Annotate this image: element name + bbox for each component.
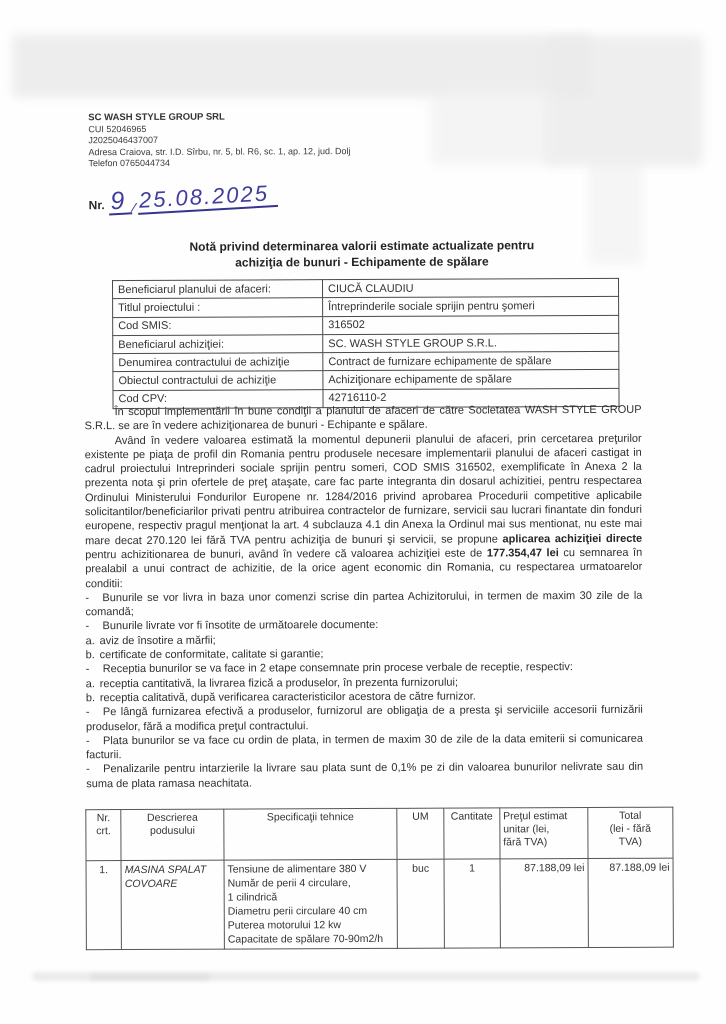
header-specs: Specificaţii tehnice xyxy=(224,808,397,860)
spec-line: Diametru perii circulare 40 cm xyxy=(228,904,394,919)
info-row: Titlul proiectului : Întreprinderile soc… xyxy=(113,297,619,318)
info-row: Beneficiarul planului de afaceri: CIUCĂ … xyxy=(112,278,618,299)
item-unit-price: 87.188,09 lei xyxy=(500,859,588,948)
scanned-document-page: SC WASH STYLE GROUP SRL CUI 52046965 J20… xyxy=(0,0,726,1024)
company-phone: Telefon 0765044734 xyxy=(88,157,350,170)
info-label: Denumirea contractului de achiziţie xyxy=(113,353,323,372)
para2-seg1: Având în vedere valoarea estimată la mom… xyxy=(85,432,642,547)
condition-item: -Bunurile se vor livra in baza unor come… xyxy=(85,589,642,620)
info-row: Cod SMIS: 316502 xyxy=(113,315,619,336)
spec-line: 1 cilindrică xyxy=(228,890,394,905)
body-text: În scopul implementării în bune condiţii… xyxy=(85,403,644,791)
header-quantity: Cantitate xyxy=(444,808,500,859)
item-specs: Tensiune de alimentare 380 V Număr de pe… xyxy=(224,859,398,949)
item-um: buc xyxy=(397,859,444,948)
handwritten-date: 25.08.2025 xyxy=(137,181,278,215)
item-total: 87.188,09 lei xyxy=(588,858,674,947)
info-label: Titlul proiectului : xyxy=(113,298,323,317)
paragraph-estimate: Având în vedere valoarea estimată la mom… xyxy=(85,431,643,591)
info-value: SC. WASH STYLE GROUP S.R.L. xyxy=(323,333,619,353)
info-value: Contract de furnizare echipamente de spă… xyxy=(323,352,619,372)
item-name: MASINA SPALAT COVOARE xyxy=(121,860,224,949)
title-line-2: achiziţia de bunuri - Echipamente de spă… xyxy=(0,252,725,271)
header-description: Descrierea podusului xyxy=(121,809,224,860)
handwritten-number-date: 9/25.08.2025 xyxy=(108,180,278,217)
info-label: Cod SMIS: xyxy=(113,316,323,335)
spec-line: Capacitate de spălare 70-90m2/h xyxy=(228,932,394,947)
spec-line: Puterea motorului 12 kw xyxy=(228,918,394,933)
para2-bold-value: 177.354,47 lei xyxy=(487,547,559,559)
document-number-line: Nr. 9/25.08.2025 xyxy=(89,188,278,216)
item-row: 1. MASINA SPALAT COVOARE Tensiune de ali… xyxy=(86,858,673,950)
info-table: Beneficiarul planului de afaceri: CIUCĂ … xyxy=(112,278,620,409)
number-label: Nr. xyxy=(89,198,105,212)
items-header-row: Nr. crt. Descrierea podusului Specificaţ… xyxy=(86,807,673,861)
spec-line: Număr de perii 4 circulare, xyxy=(228,876,394,891)
info-row: Denumirea contractului de achiziţie Cont… xyxy=(113,352,619,373)
info-label: Obiectul contractului de achiziţie xyxy=(113,371,323,390)
para2-bold-direct-acquisition: aplicarea achiziţiei directe xyxy=(502,532,642,545)
handwritten-number: 9 xyxy=(108,188,132,215)
header-total: Total (lei - fără TVA) xyxy=(588,807,673,858)
condition-item: -Penalizarile pentru intarzierile la liv… xyxy=(86,760,643,791)
info-row: Beneficiarul achiziţiei: SC. WASH STYLE … xyxy=(113,333,619,354)
info-value: CIUCĂ CLAUDIU xyxy=(322,278,618,298)
items-table: Nr. crt. Descrierea podusului Specificaţ… xyxy=(85,807,674,951)
para2-seg2: pentru achizitionarea de bunuri, având î… xyxy=(85,547,487,561)
spec-line: Tensiune de alimentare 380 V xyxy=(227,862,393,877)
letterhead: SC WASH STYLE GROUP SRL CUI 52046965 J20… xyxy=(88,111,350,170)
condition-item: -Receptia bunurilor se va face in 2 etap… xyxy=(86,660,643,677)
document-title: Notă privind determinarea valorii estima… xyxy=(0,236,725,271)
header-um: UM xyxy=(397,808,444,859)
info-label: Beneficiarul achiziţiei: xyxy=(113,335,323,354)
condition-item: -Plata bunurilor se va face cu ordin de … xyxy=(86,732,643,763)
item-quantity: 1 xyxy=(444,859,500,948)
condition-item: -Pe lângă furnizarea efectivă a produsel… xyxy=(86,703,643,734)
info-value: Achiziţionare echipamente de spălare xyxy=(323,370,619,390)
item-nr: 1. xyxy=(86,861,122,950)
company-address: Adresa Craiova, str. I.D. Sîrbu, nr. 5, … xyxy=(88,146,350,159)
document-content: SC WASH STYLE GROUP SRL CUI 52046965 J20… xyxy=(0,0,726,1024)
paragraph-scope: În scopul implementării în bune condiţii… xyxy=(85,403,642,434)
header-nr-crt: Nr. crt. xyxy=(86,810,121,861)
info-value: Întreprinderile sociale sprijin pentru ş… xyxy=(323,297,619,317)
info-row: Obiectul contractului de achiziţie Achiz… xyxy=(113,370,619,391)
header-unit-price: Preţul estimat unitar (lei, fără TVA) xyxy=(500,808,588,859)
info-value: 316502 xyxy=(323,315,619,335)
info-label: Beneficiarul planului de afaceri: xyxy=(112,280,322,299)
